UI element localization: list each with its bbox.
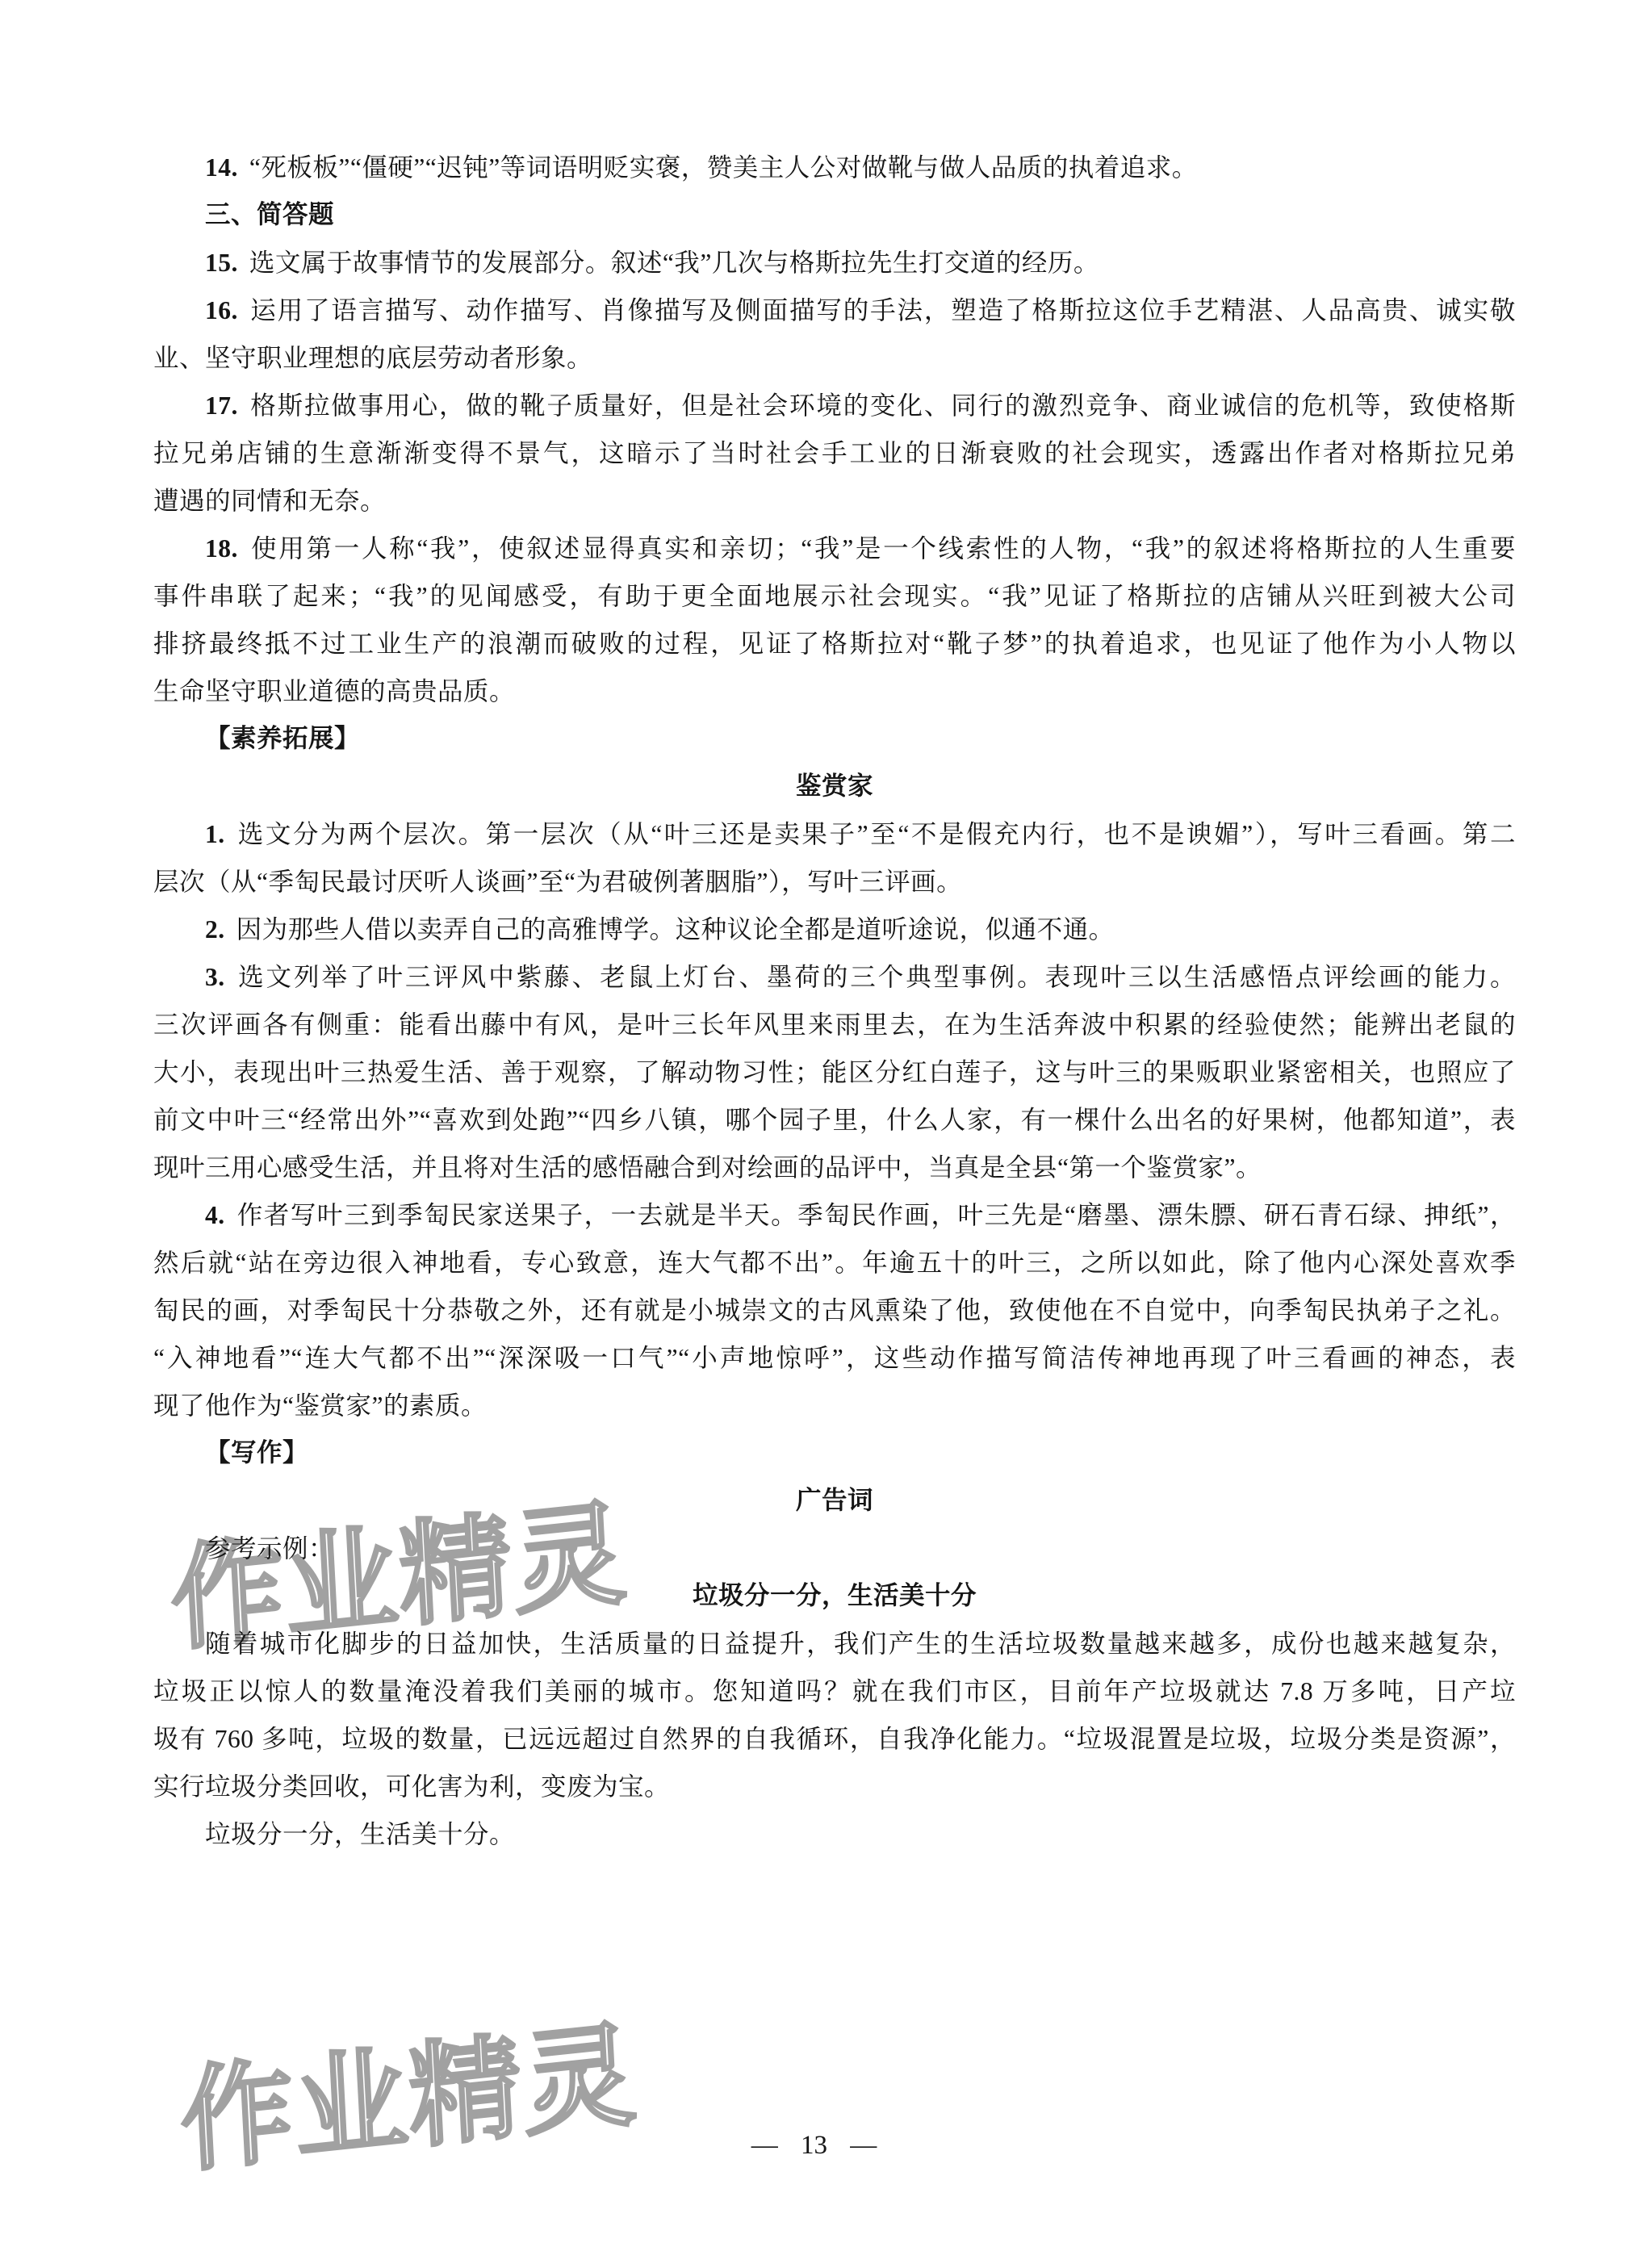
text-line: 匋民的画，对季匋民十分恭敬之外，还有就是小城崇文的古风熏染了他，致使他在不自觉中…: [153, 1287, 1516, 1334]
text-line: 垃圾正以惊人的数量淹没着我们美丽的城市。您知道吗？就在我们市区，目前年产垃圾就达…: [153, 1668, 1516, 1715]
section-heading: 【写作】: [153, 1429, 1516, 1477]
section-heading: 三、简答题: [153, 191, 1516, 239]
text-line: 16.运用了语言描写、动作描写、肖像描写及侧面描写的手法，塑造了格斯拉这位手艺精…: [153, 287, 1516, 334]
text-line: 然后就“站在旁边很入神地看，专心致意，连大气都不出”。年逾五十的叶三，之所以如此…: [153, 1239, 1516, 1287]
text-line: 14.“死板板”“僵硬”“迟钝”等词语明贬实褒，赞美主人公对做靴与做人品质的执着…: [153, 144, 1516, 191]
section-heading: 鉴赏家: [153, 763, 1516, 810]
text-line: 垃圾分一分，生活美十分。: [153, 1810, 1516, 1858]
text-line: 前文中叶三“经常出外”“喜欢到处跑”“四乡八镇，哪个园子里，什么人家，有一棵什么…: [153, 1096, 1516, 1144]
page-number: — 13 —: [0, 2123, 1628, 2168]
text-line: 生命坚守职业道德的高贵品质。: [153, 667, 1516, 715]
text-line: 实行垃圾分类回收，可化害为利，变废为宝。: [153, 1763, 1516, 1810]
text-line: 层次（从“季匋民最讨厌听人谈画”至“为君破例著胭脂”），写叶三评画。: [153, 858, 1516, 906]
text-line: 2.因为那些人借以卖弄自己的高雅博学。这种议论全都是道听途说，似通不通。: [153, 906, 1516, 953]
text-line: 大小，表现出叶三热爱生活、善于观察，了解动物习性；能区分红白莲子，这与叶三的果贩…: [153, 1048, 1516, 1096]
text-line: 参考示例：: [153, 1525, 1516, 1572]
text-line: 事件串联了起来；“我”的见闻感受，有助于更全面地展示社会现实。“我”见证了格斯拉…: [153, 572, 1516, 620]
text-line: “入神地看”“连大气都不出”“深深吸一口气”“小声地惊呼”，这些动作描写简洁传神…: [153, 1334, 1516, 1382]
item-number: 14.: [205, 153, 249, 182]
item-number: 2.: [205, 915, 236, 944]
item-number: 17.: [205, 391, 249, 420]
item-number: 3.: [205, 963, 236, 991]
answer-page: 作业精灵 作业精灵 14.“死板板”“僵硬”“迟钝”等词语明贬实褒，赞美主人公对…: [0, 0, 1628, 2268]
text-line: 圾有 760 多吨，垃圾的数量，已远远超过自然界的自我循环，自我净化能力。“垃圾…: [153, 1715, 1516, 1763]
text-line: 3.选文列举了叶三评风中紫藤、老鼠上灯台、墨荷的三个典型事例。表现叶三以生活感悟…: [153, 953, 1516, 1001]
text-line: 排挤最终抵不过工业生产的浪潮而破败的过程，见证了格斯拉对“靴子梦”的执着追求，也…: [153, 620, 1516, 667]
item-number: 18.: [205, 534, 249, 563]
text-line: 1.选文分为两个层次。第一层次（从“叶三还是卖果子”至“不是假充内行，也不是谀媚…: [153, 810, 1516, 858]
text-line: 15.选文属于故事情节的发展部分。叙述“我”几次与格斯拉先生打交道的经历。: [153, 239, 1516, 287]
section-heading: 垃圾分一分，生活美十分: [153, 1572, 1516, 1620]
text-line: 17.格斯拉做事用心，做的靴子质量好，但是社会环境的变化、同行的激烈竞争、商业诚…: [153, 382, 1516, 429]
section-heading: 广告词: [153, 1477, 1516, 1525]
page-text-block: 14.“死板板”“僵硬”“迟钝”等词语明贬实褒，赞美主人公对做靴与做人品质的执着…: [153, 144, 1516, 1858]
text-line: 4.作者写叶三到季匋民家送果子，一去就是半天。季匋民作画，叶三先是“磨墨、漂朱膘…: [153, 1191, 1516, 1239]
text-line: 遭遇的同情和无奈。: [153, 477, 1516, 525]
text-line: 现了他作为“鉴赏家”的素质。: [153, 1382, 1516, 1429]
item-number: 4.: [205, 1201, 236, 1229]
text-line: 业、坚守职业理想的底层劳动者形象。: [153, 334, 1516, 382]
item-number: 1.: [205, 820, 236, 848]
text-line: 随着城市化脚步的日益加快，生活质量的日益提升，我们产生的生活垃圾数量越来越多，成…: [153, 1620, 1516, 1668]
text-line: 三次评画各有侧重：能看出藤中有风，是叶三长年风里来雨里去，在为生活奔波中积累的经…: [153, 1001, 1516, 1048]
item-number: 16.: [205, 296, 249, 324]
text-line: 现叶三用心感受生活，并且将对生活的感悟融合到对绘画的品评中，当真是全县“第一个鉴…: [153, 1144, 1516, 1191]
text-line: 18.使用第一人称“我”，使叙述显得真实和亲切；“我”是一个线索性的人物，“我”…: [153, 525, 1516, 572]
item-number: 15.: [205, 249, 249, 277]
section-heading: 【素养拓展】: [153, 715, 1516, 763]
text-line: 拉兄弟店铺的生意渐渐变得不景气，这暗示了当时社会手工业的日渐衰败的社会现实，透露…: [153, 429, 1516, 477]
